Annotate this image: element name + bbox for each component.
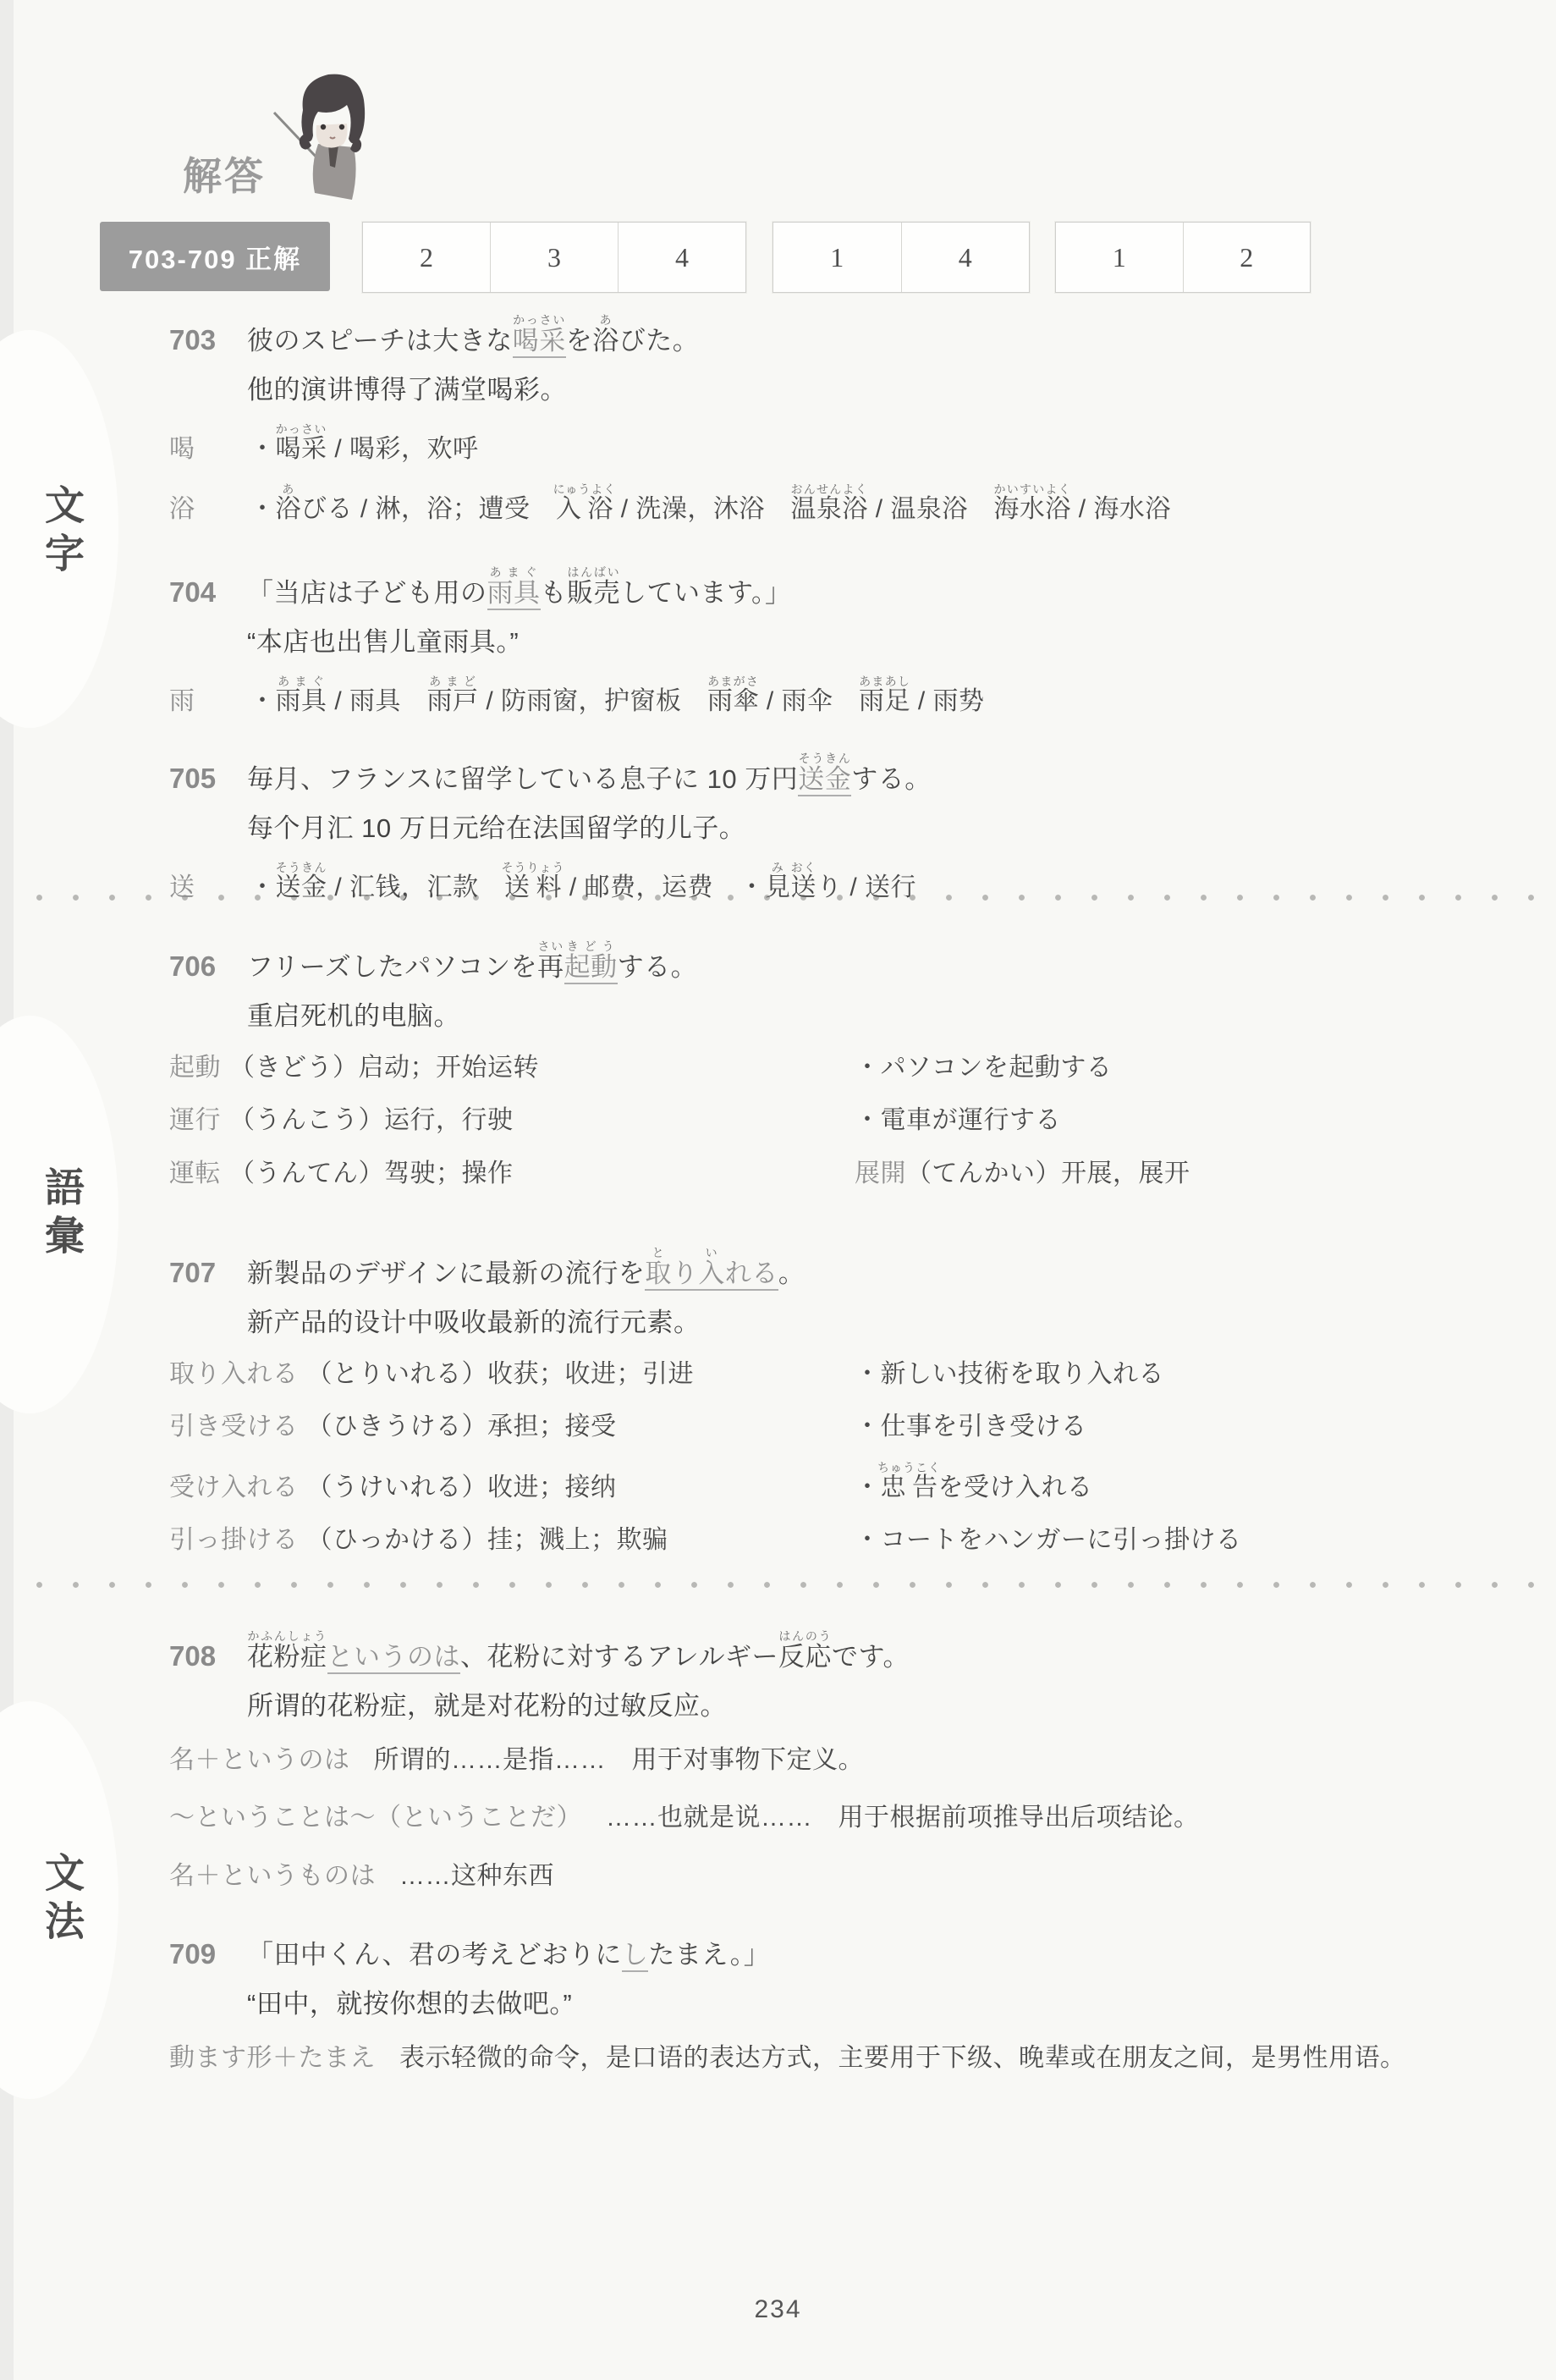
section-translation: 重启死机的电脑。	[247, 998, 1515, 1034]
text-segment: フリーズしたパソコンを	[247, 952, 537, 982]
section-rows: 取り入れる（とりいれる）收获；收进；引进・新しい技術を取り入れる引き受ける（ひき…	[169, 1355, 1515, 1561]
text-segment: / 喝彩，欢呼	[327, 435, 479, 463]
answer-key-row: 703-709 正解 2341412	[0, 222, 1556, 296]
entry-row: 浴・浴あびる / 淋，浴；遭受 入浴にゅうよく / 洗澡，沐浴 温泉浴おんせんよ…	[169, 482, 1515, 530]
section-header: 705毎月、フランスに留学している息子に 10 万円送金そうきんする。	[169, 752, 1515, 796]
answer-value: 4	[901, 223, 1030, 292]
text-segment: ・	[250, 873, 276, 901]
entry-row: 送・送金そうきん / 汇钱，汇款 送料そうりょう / 邮费，运费 ・見み送おくり…	[169, 861, 1515, 908]
entry-meaning: ・浴あびる / 淋，浴；遭受 入浴にゅうよく / 洗澡，沐浴 温泉浴おんせんよく…	[250, 482, 1171, 530]
text-segment: / 洗澡，沐浴	[613, 495, 791, 523]
entry-left: 運行（うんこう）运行，行驶	[169, 1101, 855, 1141]
text-segment: （きどう）启动；开始运转	[229, 1054, 539, 1082]
ruby-word: 浴あ	[276, 495, 302, 523]
section-header: 703彼のスピーチは大きな喝采かっさいを浴あびた。	[169, 313, 1515, 358]
entry-example: ・新しい技術を取り入れる	[855, 1355, 1515, 1395]
text-segment: です。	[832, 1642, 910, 1672]
text-segment: / 海水浴	[1071, 495, 1171, 523]
ruby-word: 見み	[765, 873, 791, 901]
furigana: あまど	[427, 675, 479, 688]
text-segment: ・パソコンを起動する	[855, 1054, 1112, 1082]
entry-headword: 運転	[169, 1154, 221, 1194]
entry-row: 引っ掛ける（ひっかける）挂；溅上；欺骗・コートをハンガーに引っ掛ける	[169, 1521, 1515, 1561]
ruby-word: 温泉浴おんせんよく	[790, 495, 868, 523]
answer-box-group: 12	[1055, 222, 1311, 293]
section-sentence: 新製品のデザインに最新の流行を取とり入いれる。	[247, 1246, 805, 1291]
section-translation: 每个月汇 10 万日元给在法国留学的儿子。	[247, 810, 1515, 846]
furigana: きどう	[564, 939, 618, 953]
entry-row: ～ということは～（ということだ）……也就是说…… 用于根据前项推导出后项结论。	[169, 1796, 1515, 1841]
section-707: 707新製品のデザインに最新の流行を取とり入いれる。新产品的设计中吸收最新的流行…	[169, 1246, 1515, 1561]
answer-value: 2	[1183, 223, 1311, 292]
entry-left: 受け入れる（うけいれる）收进；接纳	[169, 1468, 855, 1508]
section-sentence: 毎月、フランスに留学している息子に 10 万円送金そうきんする。	[247, 752, 932, 796]
section-rows: 名＋というのは所谓的……是指…… 用于对事物下定义。～ということは～（ということ…	[169, 1738, 1515, 1899]
text-segment: ・仕事を引き受ける	[855, 1413, 1087, 1441]
section-sentence: 彼のスピーチは大きな喝采かっさいを浴あびた。	[247, 313, 699, 358]
dotted-divider	[21, 1581, 1536, 1589]
entry-headword: ～ということは～（ということだ）	[169, 1799, 582, 1838]
ruby-word: 忠告ちゅうこく	[881, 1474, 938, 1501]
section-704: 704「当店は子ども用の雨具あまぐも販売はんばいしています。」“本店也出售儿童雨…	[169, 565, 1515, 721]
text-segment: 毎月、フランスに留学している息子に 10 万円	[247, 764, 798, 794]
entry-meaning: ……也就是说…… 用于根据前项推导出后项结论。	[606, 1796, 1515, 1841]
text-segment: 。	[778, 1259, 805, 1288]
furigana: い	[698, 1246, 725, 1259]
text-segment: ・	[250, 435, 276, 463]
entry-example: ・パソコンを起動する	[855, 1049, 1515, 1088]
section-number: 709	[169, 1938, 247, 1970]
answer-value: 1	[773, 223, 901, 292]
teacher-girl-illustration	[267, 66, 377, 206]
section-header: 707新製品のデザインに最新の流行を取とり入いれる。	[169, 1246, 1515, 1291]
section-sentence: 花粉症かふんしょうというのは、花粉に対するアレルギー反応はんのうです。	[247, 1629, 910, 1674]
furigana: そうきん	[798, 752, 851, 765]
text-segment: / 雨伞	[759, 687, 859, 715]
furigana: さい	[537, 939, 564, 953]
entry-meaning: （ひきうける）承担；接受	[307, 1408, 617, 1447]
entry-row: 受け入れる（うけいれる）收进；接纳・忠告ちゅうこくを受け入れる	[169, 1461, 1515, 1508]
answer-word: 送金そうきん	[798, 764, 851, 796]
sidebar-tab-2: 語彙	[34, 1166, 91, 1263]
text-segment: / 邮费，运费 ・	[562, 873, 765, 901]
entry-meaning: 所谓的……是指…… 用于对事物下定义。	[374, 1738, 1515, 1783]
furigana: ちゅうこく	[877, 1461, 941, 1474]
ruby-word: 販売はんばい	[567, 578, 620, 608]
section-number: 703	[169, 324, 247, 356]
furigana: おく	[791, 861, 817, 874]
ruby-word: 雨戸あまど	[427, 687, 479, 715]
answer-word: り	[672, 1259, 699, 1291]
section-rows: 喝・喝采かっさい / 喝彩，欢呼浴・浴あびる / 淋，浴；遭受 入浴にゅうよく …	[169, 422, 1515, 530]
entry-headword: 名＋というものは	[169, 1857, 376, 1897]
entry-headword: 運行	[169, 1101, 221, 1141]
text-segment: する。	[851, 764, 932, 794]
furigana: あまぐ	[487, 565, 541, 579]
text-segment: を受け入れる	[938, 1474, 1093, 1501]
section-sentence: 「当店は子ども用の雨具あまぐも販売はんばいしています。」	[247, 565, 792, 610]
text-segment: を	[566, 326, 593, 355]
ruby-word: 雨具あまぐ	[276, 687, 327, 715]
text-segment: / 雨具	[327, 687, 427, 715]
entry-headword: 受け入れる	[169, 1468, 299, 1508]
entry-left: 取り入れる（とりいれる）收获；收进；引进	[169, 1355, 855, 1395]
section-number: 704	[169, 576, 247, 609]
furigana: と	[645, 1246, 672, 1259]
text-segment: びる / 淋，浴；遭受	[301, 495, 556, 523]
text-segment: り / 送行	[816, 873, 916, 901]
entry-kanji-label: 浴	[169, 490, 250, 530]
entry-row: 運転（うんてん）驾驶；操作展開（てんかい）开展，展开	[169, 1154, 1515, 1194]
answer-word: し	[622, 1940, 649, 1972]
section-translation: 新产品的设计中吸收最新的流行元素。	[247, 1304, 1515, 1341]
sidebar-tab-1: 文字	[34, 484, 91, 581]
furigana: そうきん	[276, 861, 327, 874]
text-segment: / 防雨窗，护窗板	[479, 687, 708, 715]
text-segment: ・	[250, 495, 276, 523]
text-segment: 彼のスピーチは大きな	[247, 326, 513, 355]
text-segment: ・	[855, 1474, 881, 1501]
text-segment: ・電車が運行する	[855, 1106, 1061, 1134]
answer-word: 入い	[698, 1259, 725, 1291]
answer-word: 起動きどう	[564, 952, 618, 984]
furigana: はんのう	[778, 1629, 832, 1643]
section-709: 709「田中くん、君の考えどおりにしたまえ。」“田中，就按你想的去做吧。”動ます…	[169, 1938, 1515, 2080]
section-translation: “本店也出售儿童雨具。”	[247, 624, 1515, 660]
text-segment: 、花粉に対するアレルギー	[460, 1642, 778, 1672]
text-segment: ・新しい技術を取り入れる	[855, 1360, 1164, 1388]
entry-row: 運行（うんこう）运行，行驶・電車が運行する	[169, 1101, 1515, 1141]
section-705: 705毎月、フランスに留学している息子に 10 万円送金そうきんする。每个月汇 …	[169, 752, 1515, 907]
entry-headword: 名＋というのは	[169, 1741, 350, 1781]
section-translation: “田中，就按你想的去做吧。”	[247, 1986, 1515, 2022]
answer-key-label: 703-709 正解	[100, 222, 330, 291]
furigana: にゅうよく	[553, 482, 617, 496]
entry-meaning: （きどう）启动；开始运转	[229, 1049, 539, 1088]
answer-word: というのは	[327, 1642, 461, 1674]
text-segment: 新製品のデザインに最新の流行を	[247, 1259, 645, 1288]
furigana: み	[765, 861, 791, 874]
ruby-word: 送金そうきん	[276, 873, 327, 901]
sidebar-tab-3: 文法	[34, 1852, 91, 1948]
text-segment: 表示轻微的命令，是口语的表达方式，主要用于下级、晚辈或在朋友之间，是男性用语。	[399, 2044, 1406, 2072]
text-segment: ・コートをハンガーに引っ掛ける	[855, 1526, 1242, 1554]
text-segment: 「田中くん、君の考えどおりに	[247, 1940, 622, 1970]
text-segment: 展開	[855, 1160, 906, 1187]
entry-kanji-label: 送	[169, 868, 250, 908]
text-segment: しています。」	[620, 578, 792, 608]
entry-meaning: （ひっかける）挂；溅上；欺骗	[307, 1521, 668, 1561]
text-segment: びた。	[619, 326, 700, 355]
answer-word: 喝采かっさい	[513, 326, 566, 358]
text-segment: （うんこう）运行，行驶	[229, 1106, 514, 1134]
section-sentence: フリーズしたパソコンを再さい起動きどうする。	[247, 939, 697, 984]
furigana: おんせんよく	[790, 482, 868, 496]
furigana: かいすいよく	[993, 482, 1071, 496]
entry-meaning: （とりいれる）收获；收进；引进	[307, 1355, 695, 1395]
entry-row: 引き受ける（ひきうける）承担；接受・仕事を引き受ける	[169, 1408, 1515, 1447]
entry-example: ・電車が運行する	[855, 1101, 1515, 1141]
text-segment: ・	[250, 687, 276, 715]
section-number: 705	[169, 763, 247, 795]
entry-left: 運転（うんてん）驾驶；操作	[169, 1154, 855, 1194]
ruby-word: 反応はんのう	[778, 1642, 832, 1672]
answer-word: れる	[725, 1259, 778, 1291]
section-rows: 起動（きどう）启动；开始运转・パソコンを起動する運行（うんこう）运行，行驶・電車…	[169, 1049, 1515, 1194]
furigana: あ	[276, 482, 302, 496]
text-segment: 所谓的……是指…… 用于对事物下定义。	[374, 1746, 865, 1774]
section-header: 706フリーズしたパソコンを再さい起動きどうする。	[169, 939, 1515, 984]
text-segment: （ひっかける）挂；溅上；欺骗	[307, 1526, 668, 1554]
ruby-word: 喝采かっさい	[276, 435, 327, 463]
section-rows: 動ます形＋たまえ表示轻微的命令，是口语的表达方式，主要用于下级、晚辈或在朋友之间…	[169, 2036, 1515, 2081]
answer-value: 1	[1056, 223, 1183, 292]
entry-row: 喝・喝采かっさい / 喝彩，欢呼	[169, 422, 1515, 470]
entry-meaning: ・雨具あまぐ / 雨具 雨戸あまど / 防雨窗，护窗板 雨傘あまがさ / 雨伞 …	[250, 675, 985, 722]
furigana: はんばい	[567, 565, 620, 579]
entry-headword: 起動	[169, 1049, 221, 1088]
furigana: あまぐ	[276, 675, 327, 688]
text-segment: する。	[618, 952, 698, 982]
text-segment: / 雨势	[910, 687, 985, 715]
ruby-word: 花粉症かふんしょう	[247, 1642, 327, 1672]
ruby-word: 浴あ	[592, 326, 619, 355]
text-segment: （とりいれる）收获；收进；引进	[307, 1360, 695, 1388]
entry-meaning: （うけいれる）收进；接纳	[307, 1468, 617, 1508]
section-sentence: 「田中くん、君の考えどおりにしたまえ。」	[247, 1938, 770, 1972]
entry-row: 取り入れる（とりいれる）收获；收进；引进・新しい技術を取り入れる	[169, 1355, 1515, 1395]
text-segment: （うんてん）驾驶；操作	[229, 1160, 514, 1187]
furigana: かふんしょう	[247, 1629, 327, 1643]
ruby-word: 雨足あまあし	[859, 687, 910, 715]
entry-meaning: ・送金そうきん / 汇钱，汇款 送料そうりょう / 邮费，运费 ・見み送おくり …	[250, 861, 916, 908]
ruby-word: 送料そうりょう	[504, 873, 562, 901]
answer-value: 3	[490, 223, 618, 292]
text-segment: （てんかい）开展，展开	[906, 1160, 1190, 1187]
section-number: 708	[169, 1640, 247, 1672]
ruby-word: 海水浴かいすいよく	[993, 495, 1071, 523]
entry-row: 起動（きどう）启动；开始运转・パソコンを起動する	[169, 1049, 1515, 1088]
entry-example: ・コートをハンガーに引っ掛ける	[855, 1521, 1515, 1561]
entry-row: 名＋というのは所谓的……是指…… 用于对事物下定义。	[169, 1738, 1515, 1783]
entry-row: 名＋というものは……这种东西	[169, 1854, 1515, 1899]
entry-meaning: ・喝采かっさい / 喝彩，欢呼	[250, 422, 479, 470]
section-706: 706フリーズしたパソコンを再さい起動きどうする。重启死机的电脑。起動（きどう）…	[169, 939, 1515, 1193]
furigana: かっさい	[276, 422, 327, 436]
section-rows: 雨・雨具あまぐ / 雨具 雨戸あまど / 防雨窗，护窗板 雨傘あまがさ / 雨伞…	[169, 675, 1515, 722]
section-header: 709「田中くん、君の考えどおりにしたまえ。」	[169, 1938, 1515, 1972]
page-number: 234	[0, 2295, 1556, 2324]
entry-row: 動ます形＋たまえ表示轻微的命令，是口语的表达方式，主要用于下级、晚辈或在朋友之间…	[169, 2036, 1515, 2081]
text-segment: （うけいれる）收进；接纳	[307, 1474, 617, 1501]
entry-example: ・仕事を引き受ける	[855, 1408, 1515, 1447]
ruby-word: 再さい	[537, 952, 564, 982]
entry-row: 雨・雨具あまぐ / 雨具 雨戸あまど / 防雨窗，护窗板 雨傘あまがさ / 雨伞…	[169, 675, 1515, 722]
section-translation: 他的演讲博得了满堂喝彩。	[247, 372, 1515, 408]
entry-kanji-label: 雨	[169, 682, 250, 722]
entry-meaning: 表示轻微的命令，是口语的表达方式，主要用于下级、晚辈或在朋友之间，是男性用语。	[399, 2036, 1515, 2081]
section-number: 706	[169, 950, 247, 983]
entry-headword: 取り入れる	[169, 1355, 299, 1395]
entry-left: 起動（きどう）启动；开始运转	[169, 1049, 855, 1088]
ruby-word: 送おく	[791, 873, 817, 901]
section-header: 708花粉症かふんしょうというのは、花粉に対するアレルギー反応はんのうです。	[169, 1629, 1515, 1674]
furigana: あ	[592, 313, 619, 327]
text-segment: （ひきうける）承担；接受	[307, 1413, 617, 1441]
entry-example: 展開（てんかい）开展，展开	[855, 1154, 1515, 1194]
entry-left: 引き受ける（ひきうける）承担；接受	[169, 1408, 855, 1447]
text-segment: たまえ。」	[648, 1940, 770, 1970]
furigana: そうりょう	[502, 861, 565, 874]
answer-box-group: 234	[362, 222, 746, 293]
entry-left: 引っ掛ける（ひっかける）挂；溅上；欺骗	[169, 1521, 855, 1561]
text-segment: も	[541, 578, 568, 608]
entry-meaning: （うんてん）驾驶；操作	[229, 1154, 514, 1194]
entry-meaning: ……这种东西	[399, 1854, 1515, 1899]
ruby-word: 雨傘あまがさ	[707, 687, 759, 715]
furigana: あまがさ	[707, 675, 759, 688]
entry-example: ・忠告ちゅうこくを受け入れる	[855, 1461, 1515, 1508]
section-703: 703彼のスピーチは大きな喝采かっさいを浴あびた。他的演讲博得了满堂喝彩。喝・喝…	[169, 313, 1515, 530]
entry-kanji-label: 喝	[169, 430, 250, 470]
section-header: 704「当店は子ども用の雨具あまぐも販売はんばいしています。」	[169, 565, 1515, 610]
section-translation: 所谓的花粉症，就是对花粉的过敏反应。	[247, 1688, 1515, 1724]
answer-value: 2	[363, 223, 490, 292]
text-segment: / 汇钱，汇款	[327, 873, 505, 901]
page-title: 解答	[183, 146, 266, 201]
section-number: 707	[169, 1257, 247, 1289]
answer-word: 取と	[645, 1259, 672, 1291]
entry-headword: 引き受ける	[169, 1408, 299, 1447]
ruby-word: 入浴にゅうよく	[556, 495, 613, 523]
text-segment: ……这种东西	[399, 1862, 554, 1890]
text-segment: / 温泉浴	[868, 495, 994, 523]
answer-word: 雨具あまぐ	[487, 578, 541, 610]
section-708: 708花粉症かふんしょうというのは、花粉に対するアレルギー反応はんのうです。所谓…	[169, 1629, 1515, 1898]
answer-value: 4	[618, 223, 745, 292]
text-segment: ……也就是说…… 用于根据前项推导出后项结论。	[606, 1804, 1200, 1832]
section-rows: 送・送金そうきん / 汇钱，汇款 送料そうりょう / 邮费，运费 ・見み送おくり…	[169, 861, 1515, 908]
furigana: あまあし	[859, 675, 910, 688]
furigana: かっさい	[513, 313, 566, 327]
entry-headword: 動ます形＋たまえ	[169, 2039, 376, 2079]
entry-headword: 引っ掛ける	[169, 1521, 299, 1561]
text-segment: 「当店は子ども用の	[247, 578, 487, 608]
answer-box-group: 14	[773, 222, 1030, 293]
entry-meaning: （うんこう）运行，行驶	[229, 1101, 514, 1141]
